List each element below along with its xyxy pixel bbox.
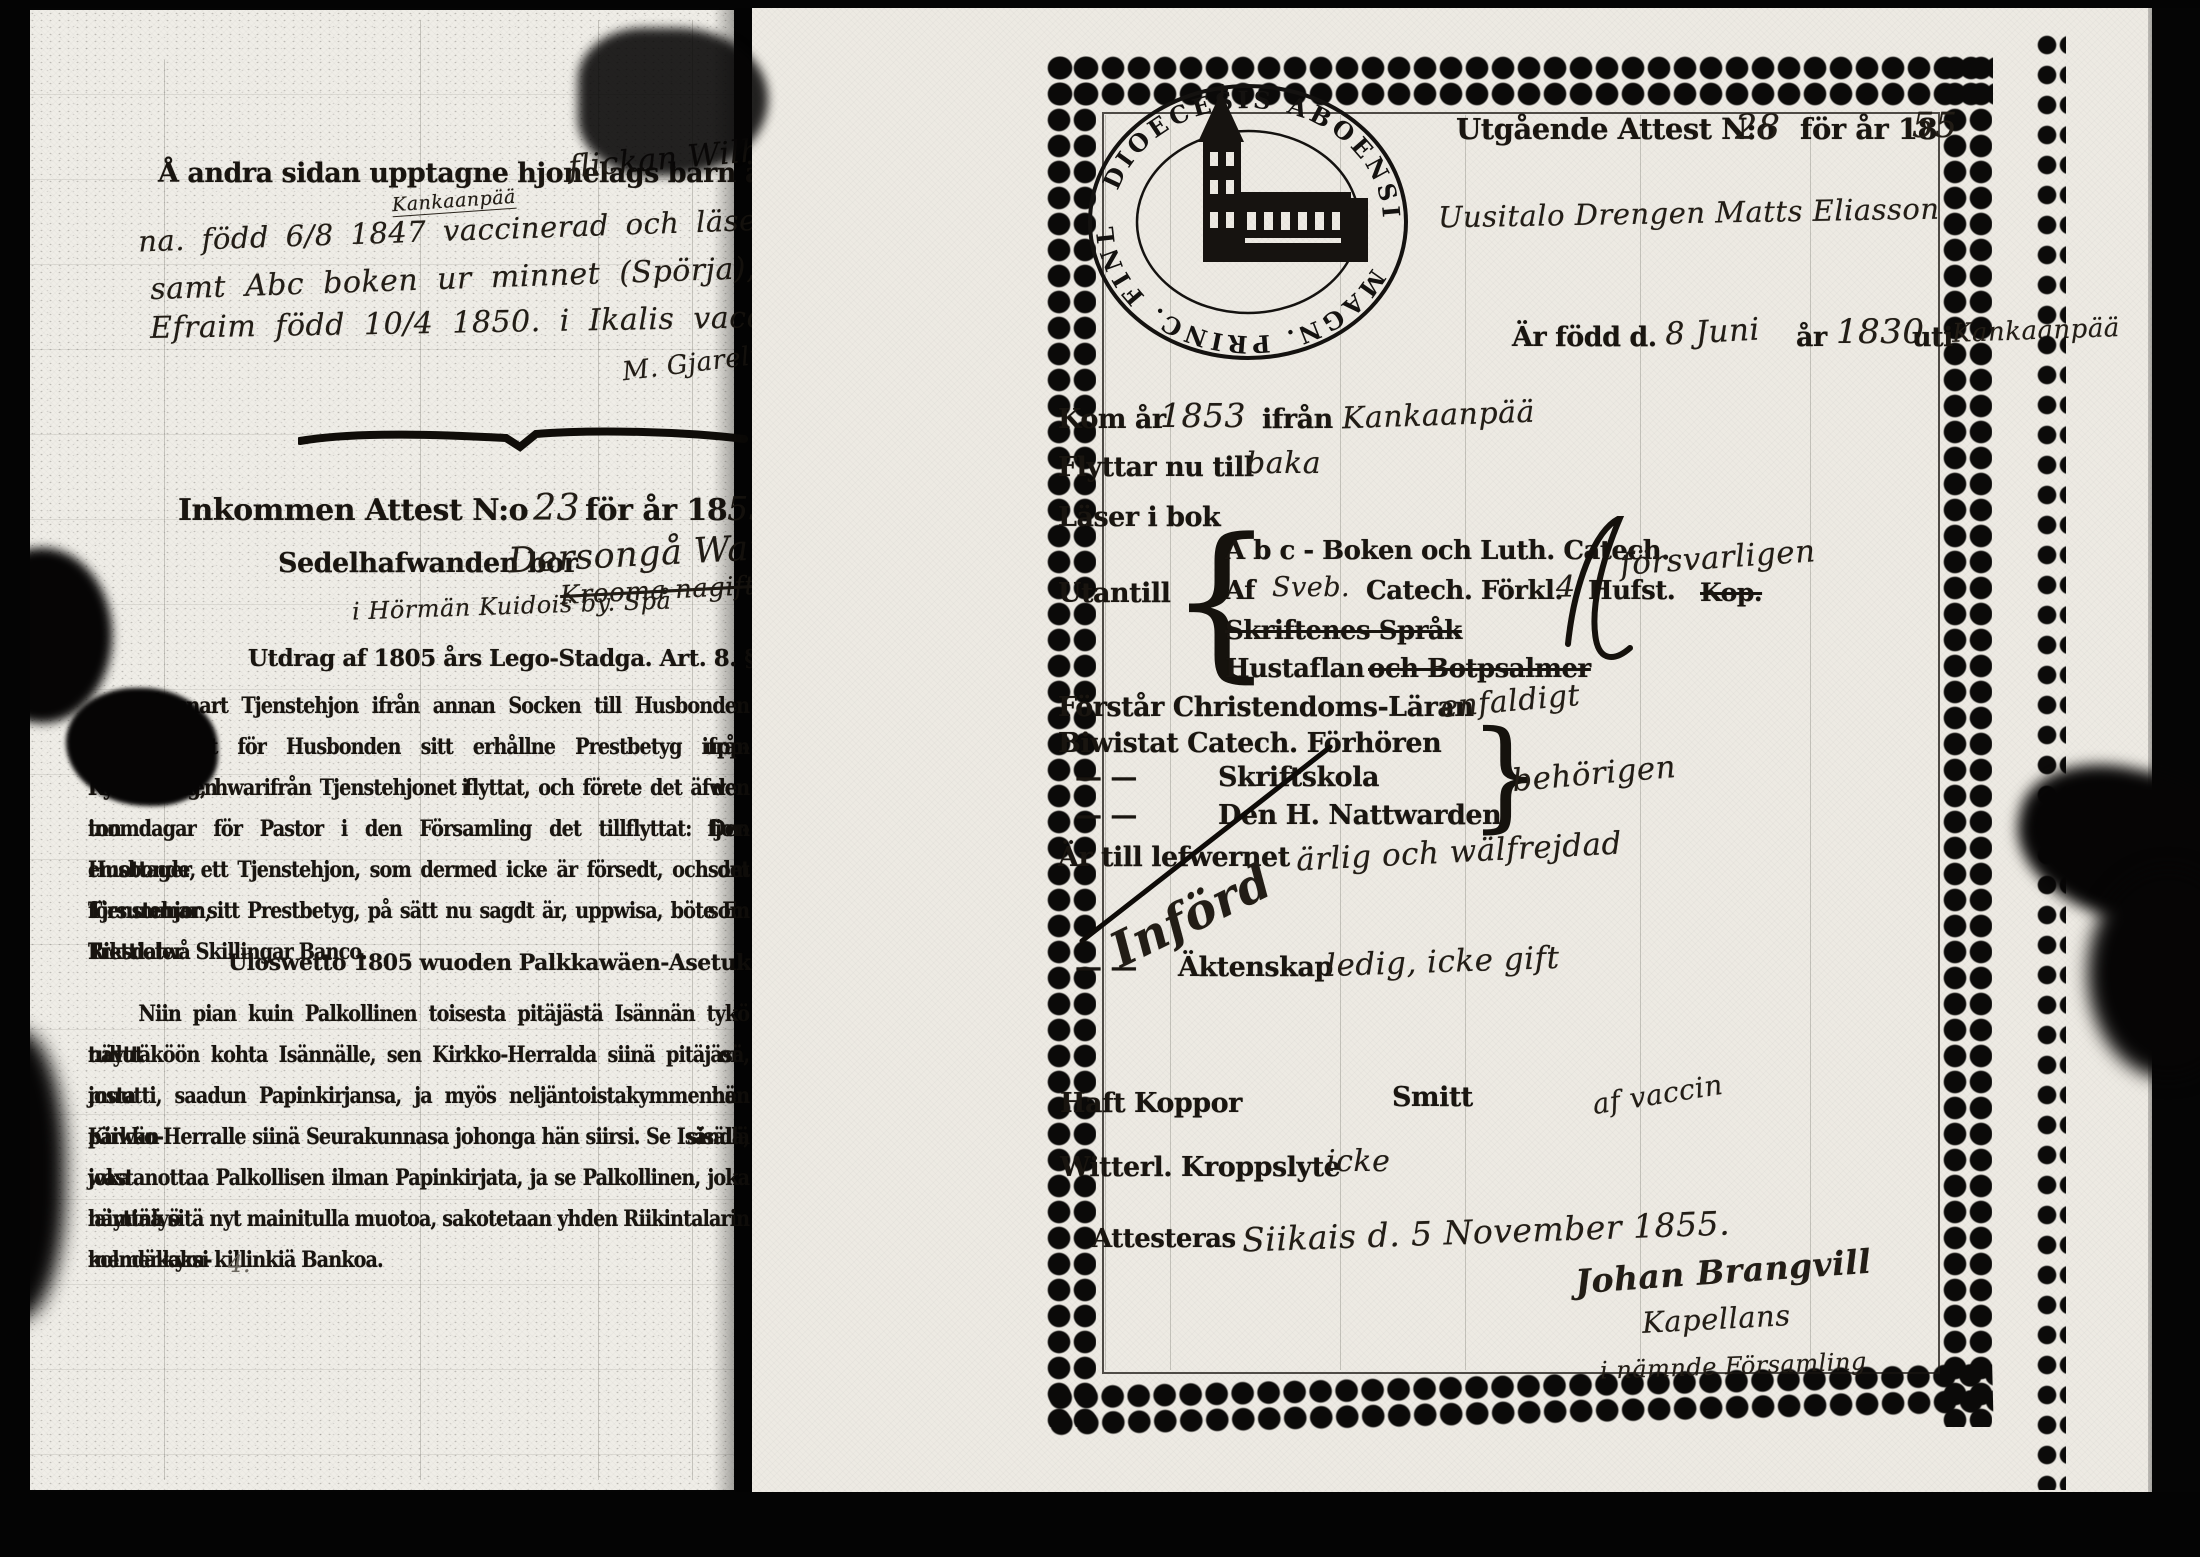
defect-label: Witterl. Kroppslyte	[1060, 1152, 1340, 1183]
incoming-attest-number-handwritten: 23	[533, 488, 580, 529]
statute-finnish-paragraph: Niin pian kuin Palkollinen toisesta pitä…	[88, 994, 749, 1281]
outgoing-attest-label: Utgående Attest N:o	[1456, 112, 1775, 146]
came-from-place-handwritten: Kankaanpää	[1341, 395, 1535, 437]
divider-flourish	[298, 425, 748, 455]
outgoing-attest-number-handwritten: 28	[1735, 108, 1781, 148]
statute-line: försummar sitt Prestbetyg, på sätt nu sa…	[88, 891, 749, 932]
ornament-border-right	[1942, 55, 1992, 1427]
born-year-label: år	[1796, 322, 1827, 353]
statute-line: näyttää sitä nyt mainitulla muotoa, sako…	[88, 1199, 749, 1240]
pox-label: Haft Koppor	[1060, 1088, 1242, 1119]
attended-skriftskola-label: Skriftskola	[1218, 762, 1379, 793]
scanned-church-record-spread: Å andra sidan upptagne hjonelags barn är…	[0, 0, 2200, 1557]
understands-label: Förstår Christendoms-Läran	[1058, 692, 1474, 723]
utantill-skriftenes-struck: Skriftenes Språk	[1225, 616, 1462, 646]
statute-line: emottager ett Tjenstehjon, som dermed ic…	[88, 850, 749, 891]
incoming-attest-year-label: för år 18	[585, 493, 727, 528]
scan-top-bar	[0, 0, 2200, 8]
utantill-hustaflan-label: Hustaflan	[1225, 654, 1364, 684]
moves-destination-handwritten: baka	[1246, 446, 1321, 481]
statute-line: Kirkko-Herralle siinä Seurakunnasa johon…	[88, 1117, 749, 1158]
statute-line: mendäkaksi killinkiä Bankoa.	[88, 1240, 749, 1281]
scan-left-bar	[0, 0, 30, 1557]
born-day-handwritten: 8 Juni	[1664, 312, 1761, 353]
next-page-ornament-strip	[2036, 30, 2066, 1490]
born-place-label: uti	[1912, 322, 1953, 353]
born-label: Är född d.	[1512, 322, 1657, 353]
statute-line: wastanottaa Palkollisen ilman Papinkirja…	[88, 1158, 749, 1199]
came-year-handwritten: 1853	[1160, 396, 1246, 435]
attested-label: Attesteras	[1092, 1224, 1236, 1254]
diocese-seal: DIOECESIS ABOENSIS. MAGN. PRINC. FINL.	[1082, 76, 1414, 368]
marriage-label: Äktenskap	[1178, 952, 1333, 983]
statute-swedish-heading: Utdrag af 1805 års Lego-Stadga. Art. 8. …	[248, 645, 786, 672]
ditto-dashes: — —	[1075, 762, 1137, 793]
ditto-dashes: — —	[1075, 952, 1137, 983]
utantill-catech-forkl-label: Catech. Förkl.	[1366, 576, 1563, 606]
attended-catechism-label: Biwistat Catech. Förhören	[1058, 728, 1441, 759]
came-from-label: ifrån	[1262, 404, 1333, 435]
incoming-attest-label: Inkommen Attest N:o	[178, 493, 528, 528]
statute-line: Niin pian kuin Palkollinen toisesta pitä…	[88, 994, 749, 1035]
ditto-dashes: — —	[1075, 800, 1137, 831]
utantill-label: Utantill	[1058, 578, 1170, 609]
outgoing-attest-year-handwritten: 55	[1912, 106, 1958, 146]
utantill-svebilius-handwritten: Sveb.	[1272, 572, 1350, 603]
utantill-kop-struck: Kop.	[1700, 578, 1762, 607]
pox-smitt-label: Smitt	[1392, 1082, 1473, 1113]
grade-flourish	[1560, 516, 1640, 666]
defect-handwritten: icke	[1326, 1144, 1390, 1179]
moves-label: Flyttar nu till	[1058, 452, 1254, 483]
statute-line: ton dagar för Pastor i den Församling de…	[88, 809, 749, 850]
pencil-mark: 4.	[228, 1252, 251, 1278]
came-label: Kom år	[1058, 404, 1166, 435]
utantill-item-af-label: Af	[1225, 576, 1255, 606]
scan-bottom-bar	[0, 1492, 2200, 1557]
statute-line: muutti, saadun Papinkirjansa, ja myös ne…	[88, 1076, 749, 1117]
statute-line: näyttäköön kohta Isännälle, sen Kirkko-H…	[88, 1035, 749, 1076]
